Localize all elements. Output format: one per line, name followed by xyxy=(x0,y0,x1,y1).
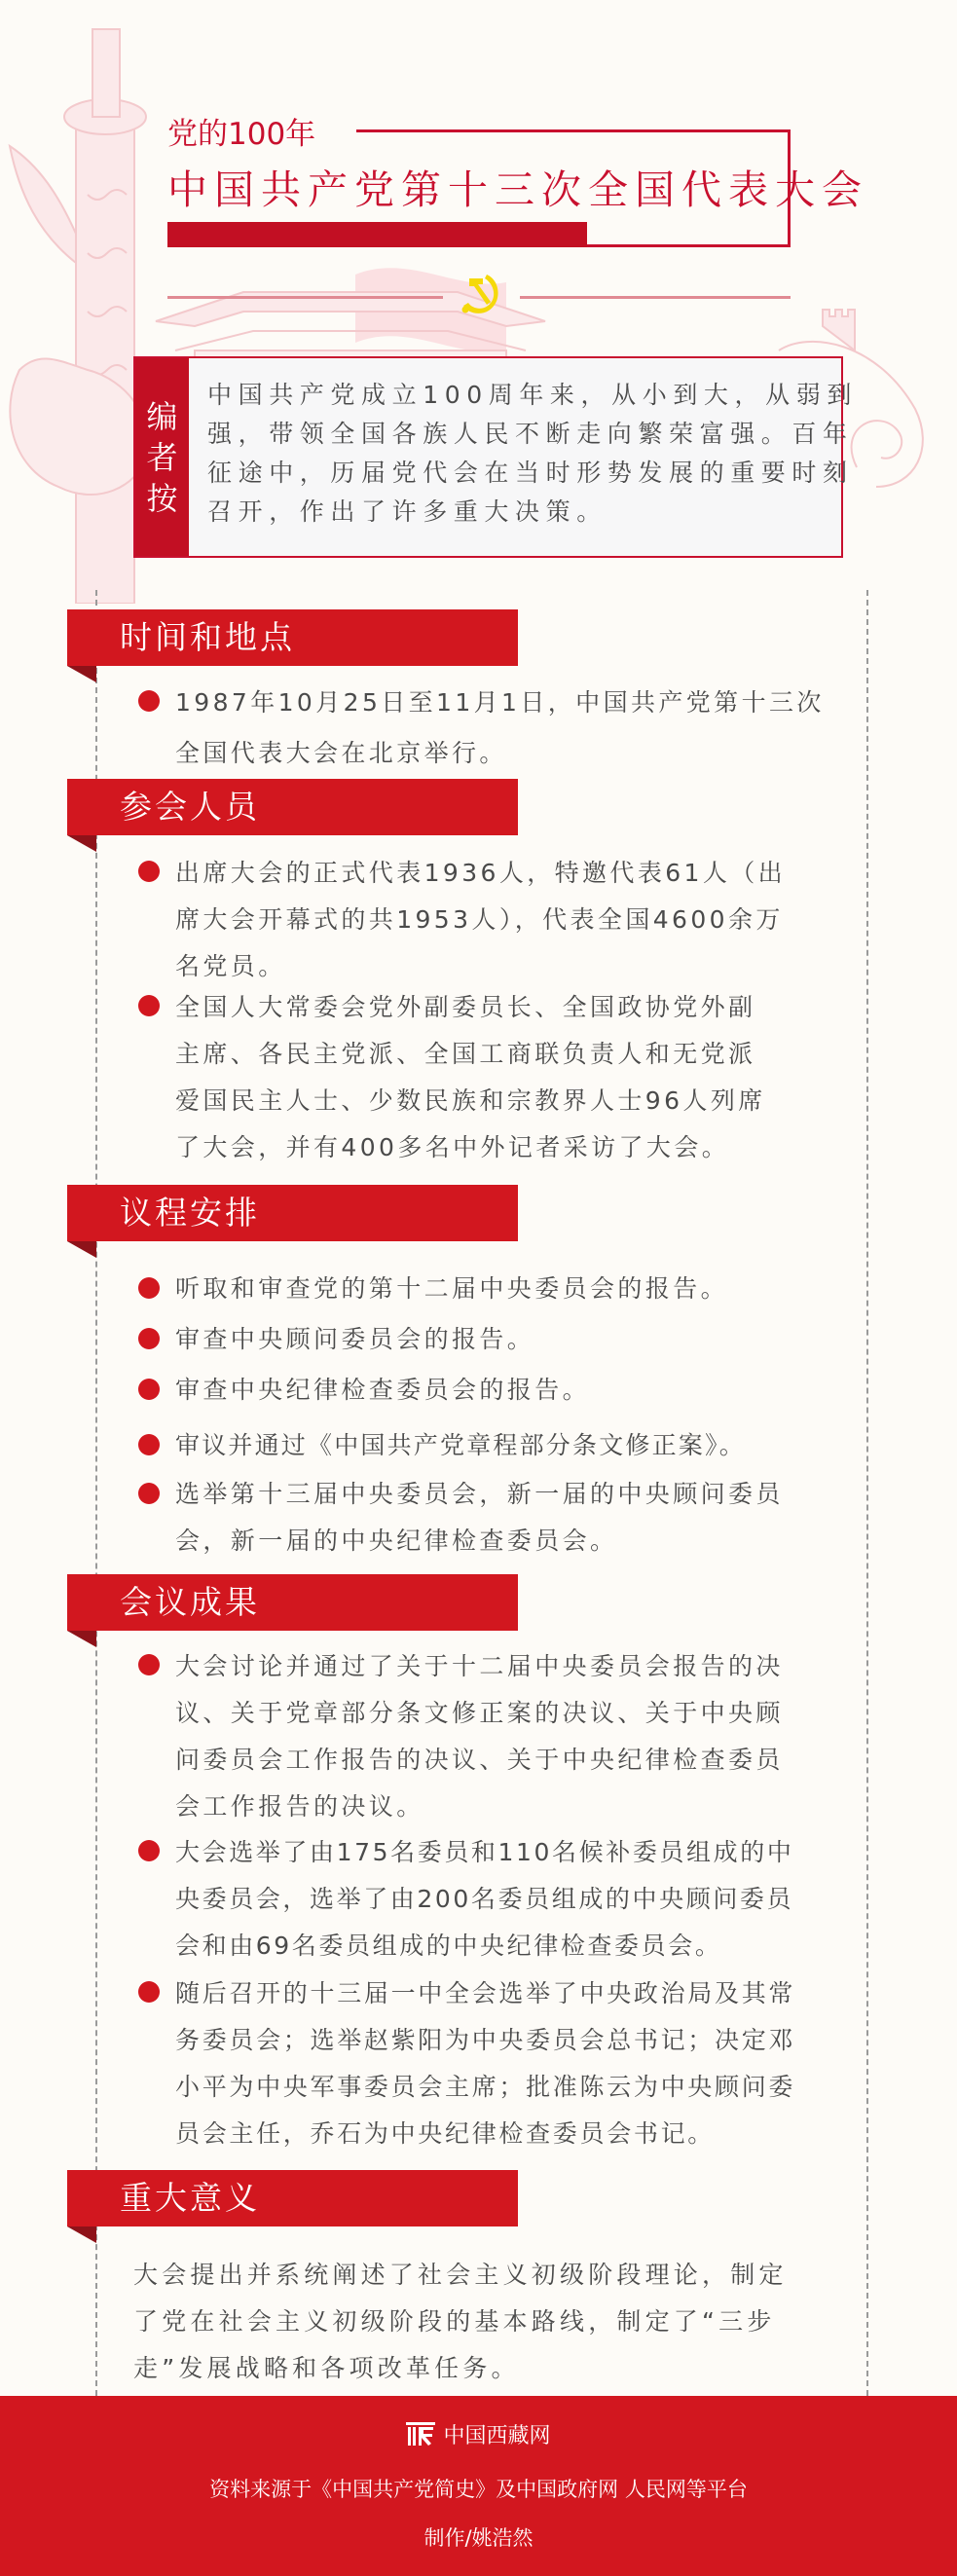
banner-fold xyxy=(67,666,96,682)
bullet-dot-icon xyxy=(138,1483,160,1504)
list-item-line: 会工作报告的决议。 xyxy=(175,1784,784,1830)
section-banner-outcomes: 会议成果 xyxy=(67,1574,518,1631)
editor-note-line: 强，带领全国各族人民不断走向繁荣富强。百年 xyxy=(207,415,858,454)
list-item-line: 选举第十三届中央委员会，新一届的中央顾问委员 xyxy=(175,1471,784,1518)
list-item-line: 审查中央纪律检查委员会的报告。 xyxy=(175,1367,590,1414)
page-title: 中国共产党第十三次全国代表大会 xyxy=(167,158,868,215)
list-item-line: 席大会开幕式的共1953人），代表全国4600余万 xyxy=(175,897,786,943)
bullet-dot-icon xyxy=(138,690,160,712)
section-title: 会议成果 xyxy=(120,1583,260,1622)
bullet-dot-icon xyxy=(138,861,160,882)
paragraph-line: 了党在社会主义初级阶段的基本路线，制定了“三步 xyxy=(133,2299,788,2345)
series-kicker: 党的100年 xyxy=(167,109,315,153)
banner-fold xyxy=(67,1631,96,1647)
list-item-line: 议、关于党章部分条文修正案的决议、关于中央顾 xyxy=(175,1690,784,1737)
bullet-dot-icon xyxy=(138,1840,160,1861)
list-item-line: 主席、各民主党派、全国工商联负责人和无党派 xyxy=(175,1031,766,1078)
list-item-line: 审查中央顾问委员会的报告。 xyxy=(175,1316,534,1363)
editor-note-text: 中国共产党成立100周年来，从小到大，从弱到 强，带领全国各族人民不断走向繁荣富… xyxy=(207,376,858,532)
title-frame-bottom-line xyxy=(587,244,791,247)
list-item-line: 会，新一届的中央纪律检查委员会。 xyxy=(175,1518,784,1564)
list-item-line: 爱国民主人士、少数民族和宗教界人士96人列席 xyxy=(175,1078,766,1124)
right-dotted-guide xyxy=(866,590,868,2396)
section-title: 议程安排 xyxy=(120,1194,260,1233)
editor-note-line: 中国共产党成立100周年来，从小到大，从弱到 xyxy=(207,376,858,415)
banner-fold xyxy=(67,1241,96,1258)
list-item-line: 名党员。 xyxy=(175,943,786,990)
list-item-line: 问委员会工作报告的决议、关于中央纪律检查委员 xyxy=(175,1737,784,1784)
list-item-line: 审议并通过《中国共产党章程部分条文修正案》。 xyxy=(175,1422,746,1469)
bullet-dot-icon xyxy=(138,1328,160,1349)
paragraph-line: 走”发展战略和各项改革任务。 xyxy=(133,2345,788,2392)
list-item-line: 小平为中央军事委员会主席；批准陈云为中央顾问委 xyxy=(175,2064,795,2111)
section-banner-attendees: 参会人员 xyxy=(67,779,518,835)
editor-note-line: 征途中，历届党代会在当时形势发展的重要时刻 xyxy=(207,454,858,493)
china-tibet-net-logo-icon xyxy=(406,2422,435,2447)
list-item-line: 随后召开的十三届一中全会选举了中央政治局及其常 xyxy=(175,1970,795,2017)
footer: 中国西藏网 资料来源于《中国共产党简史》及中国政府网 人民网等平台 制作/姚浩然 xyxy=(0,2396,957,2576)
banner-fold xyxy=(67,835,96,852)
footer-source: 资料来源于《中国共产党简史》及中国政府网 人民网等平台 xyxy=(0,2474,957,2503)
list-item-line: 大会讨论并通过了关于十二届中央委员会报告的决 xyxy=(175,1643,784,1690)
list-item-line: 务委员会；选举赵紫阳为中央委员会总书记；决定邓 xyxy=(175,2017,795,2064)
footer-brand: 中国西藏网 xyxy=(0,2419,957,2449)
footer-credit: 制作/姚浩然 xyxy=(0,2522,957,2552)
editor-note-line: 召开，作出了许多重大决策。 xyxy=(207,493,858,532)
banner-fold xyxy=(67,2226,96,2243)
bullet-dot-icon xyxy=(138,995,160,1016)
paragraph-line: 大会提出并系统阐述了社会主义初级阶段理论，制定 xyxy=(133,2252,788,2299)
section-title: 重大意义 xyxy=(120,2179,260,2218)
bullet-dot-icon xyxy=(138,1981,160,2003)
editor-note-label-char: 按 xyxy=(146,478,177,519)
list-item-line: 员会主任，乔石为中央纪律检查委员会书记。 xyxy=(175,2111,795,2157)
divider-right xyxy=(520,296,791,299)
editor-note-label-char: 编 xyxy=(146,396,177,437)
section-banner-significance: 重大意义 xyxy=(67,2170,518,2226)
editor-note-label-char: 者 xyxy=(146,437,177,478)
bullet-dot-icon xyxy=(138,1434,160,1455)
section-title: 参会人员 xyxy=(120,788,260,827)
list-item-line: 央委员会，选举了由200名委员组成的中央顾问委员 xyxy=(175,1876,793,1923)
editor-note-label: 编 者 按 xyxy=(135,358,189,556)
list-item-line: 会和由69名委员组成的中央纪律检查委员会。 xyxy=(175,1923,793,1969)
list-item-line: 大会选举了由175名委员和110名候补委员组成的中 xyxy=(175,1829,793,1876)
list-item-line: 1987年10月25日至11月1日，中国共产党第十三次 xyxy=(175,678,825,728)
bullet-dot-icon xyxy=(138,1654,160,1675)
list-item-line: 全国代表大会在北京举行。 xyxy=(175,728,825,779)
hammer-sickle-icon xyxy=(458,269,506,317)
divider-left xyxy=(167,296,443,299)
section-banner-agenda: 议程安排 xyxy=(67,1185,518,1241)
footer-site-name: 中国西藏网 xyxy=(443,2424,550,2448)
section-title: 时间和地点 xyxy=(120,618,295,657)
significance-paragraph: 大会提出并系统阐述了社会主义初级阶段理论，制定 了党在社会主义初级阶段的基本路线… xyxy=(133,2252,788,2392)
left-dotted-guide xyxy=(95,590,97,2396)
editor-note-box: 编 者 按 中国共产党成立100周年来，从小到大，从弱到 强，带领全国各族人民不… xyxy=(133,356,843,558)
bullet-dot-icon xyxy=(138,1379,160,1400)
list-item-line: 出席大会的正式代表1936人，特邀代表61人（出 xyxy=(175,850,786,897)
section-banner-time-place: 时间和地点 xyxy=(67,609,518,666)
list-item-line: 了大会，并有400多名中外记者采访了大会。 xyxy=(175,1124,766,1171)
bullet-dot-icon xyxy=(138,1277,160,1299)
title-underline-bar xyxy=(167,222,587,247)
list-item-line: 全国人大常委会党外副委员长、全国政协党外副 xyxy=(175,984,766,1031)
list-item-line: 听取和审查党的第十二届中央委员会的报告。 xyxy=(175,1266,728,1312)
title-frame-top-line xyxy=(356,129,791,132)
